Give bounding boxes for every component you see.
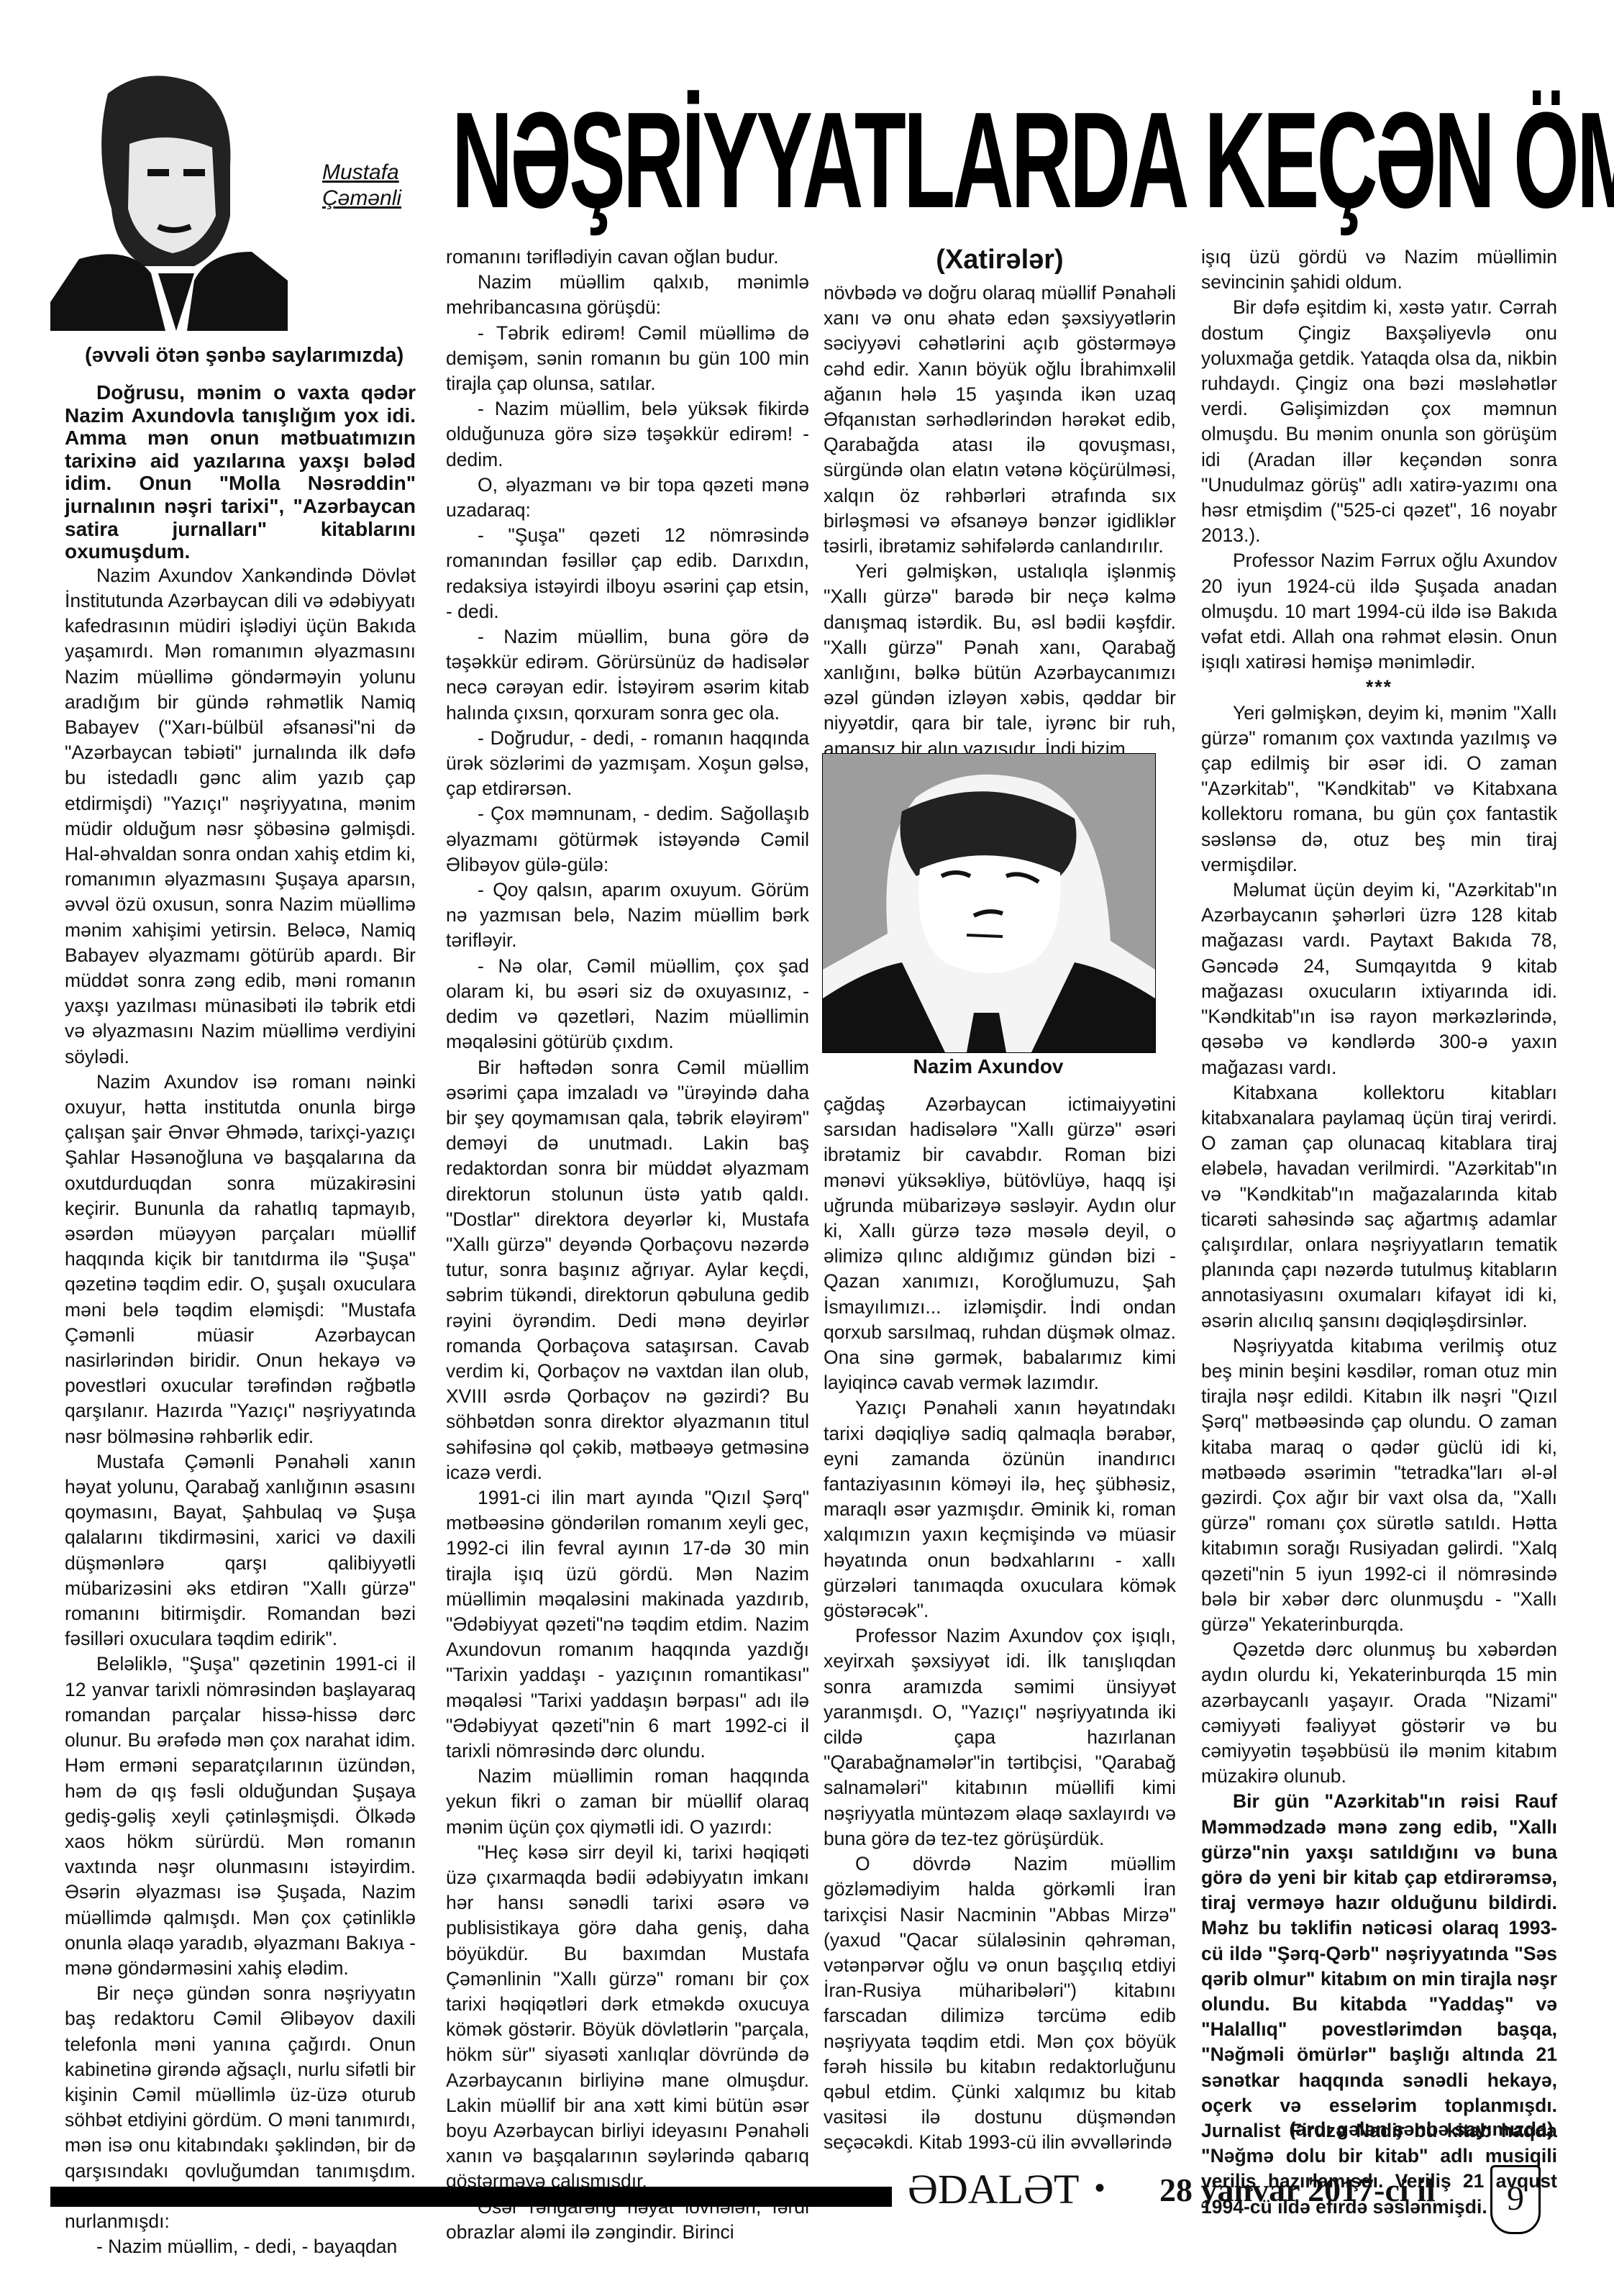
continued-to-note: (ardı gələn şənbə sayımızda): [1266, 2118, 1554, 2141]
page-number: 9: [1492, 2179, 1538, 2218]
author-last-name: Çəmənli: [322, 186, 416, 211]
newspaper-name: ƏDALƏT: [908, 2165, 1079, 2213]
footer-rule: [50, 2187, 892, 2207]
paragraph: Nəşriyyatda kitabıma verilmiş otuz beş m…: [1201, 1334, 1557, 1637]
author-portrait-icon: [50, 65, 288, 331]
paragraph: - Təbrik edirəm! Cəmil müəllimə də demiş…: [446, 321, 809, 397]
paragraph: romanını təriflədiyin cavan oğlan budur.: [446, 245, 809, 270]
bold-paragraph: Bir gün "Azərkitab"ın rəisi Rauf Məmmədz…: [1201, 1789, 1557, 2219]
article-subtitle: (Xatirələr): [820, 245, 1180, 275]
paragraph: - Nazim müəllim, belə yüksək fikirdə old…: [446, 396, 809, 473]
paragraph: Nazim müəllimin roman haqqında yekun fik…: [446, 1764, 809, 1840]
lead-paragraph: Doğrusu, mənim o vaxta qədər Nazim Axund…: [65, 381, 416, 563]
portrait-icon: [823, 754, 1155, 1052]
section-separator: ***: [1201, 675, 1557, 700]
paragraph: Professor Nazim Fərrux oğlu Axundov 20 i…: [1201, 548, 1557, 675]
paragraph: Nazim Axundov Xankəndində Dövlət İnstitu…: [65, 563, 416, 1070]
author-first-name: Mustafa: [322, 160, 416, 186]
column-3-top: növbədə və doğru olaraq müəllif Pənahəli…: [824, 281, 1176, 762]
paragraph: Yeri gəlmişkən, deyim ki, mənim "Xallı g…: [1201, 701, 1557, 878]
column-1: Doğrusu, mənim o vaxta qədər Nazim Axund…: [65, 381, 416, 2259]
column-4: işıq üzü gördü və Nazim müəllimin sevinc…: [1201, 245, 1557, 2220]
paragraph: "Heç kəsə sirr deyil ki, tarixi həqiqəti…: [446, 1840, 809, 2195]
paragraph: Beləliklə, "Şuşa" qəzetinin 1991-ci il 1…: [65, 1652, 416, 1981]
paragraph: Mustafa Çəmənli Pənahəli xanın həyat yol…: [65, 1449, 416, 1652]
paragraph: O, əlyazmanı və bir topa qəzeti mənə uza…: [446, 473, 809, 523]
paragraph: O dövrdə Nazim müəllim gözləmədiyim hald…: [824, 1851, 1176, 2155]
paragraph: 1991-ci ilin mart ayında "Qızıl Şərq" mə…: [446, 1485, 809, 1764]
column-2: romanını təriflədiyin cavan oğlan budur.…: [446, 245, 809, 2245]
paragraph: Nazim Axundov isə romanı nəinki oxuyur, …: [65, 1070, 416, 1449]
paragraph: Professor Nazim Axundov çox işıqlı, xeyi…: [824, 1623, 1176, 1851]
paragraph: Nazim müəllim qalxıb, mənimlə mehribanca…: [446, 270, 809, 320]
paragraph: Bir həftədən sonra Cəmil müəllim əsərimi…: [446, 1055, 809, 1485]
paragraph: - Nazim müəllim, buna görə də təşəkkür e…: [446, 624, 809, 726]
author-photo: [50, 65, 288, 331]
paragraph: - Doğrudur, - dedi, - romanın haqqında ü…: [446, 726, 809, 802]
paragraph: - Nazim müəllim, - dedi, - bayaqdan: [65, 2234, 416, 2259]
paragraph: - Qoy qalsın, aparım oxuyum. Görüm nə ya…: [446, 878, 809, 954]
article-headline: NƏŞRİYYATLARDA KEÇƏN ÖMRÜM: [452, 92, 1614, 229]
author-byline: Mustafa Çəmənli: [322, 160, 416, 211]
paragraph: Yazıçı Pənahəli xanın həyatındakı tarixi…: [824, 1395, 1176, 1623]
paragraph: Məlumat üçün deyim ki, "Azərkitab"ın Azə…: [1201, 878, 1557, 1080]
paragraph: - "Şuşa" qəzeti 12 nömrəsində romanından…: [446, 523, 809, 624]
paragraph: Bir dəfə eşitdim ki, xəstə yatır. Cərrah…: [1201, 295, 1557, 548]
continued-from-note: (əvvəli ötən şənbə saylarımızda): [85, 344, 403, 368]
paragraph: çağdaş Azərbaycan ictimaiyyətini sarsıda…: [824, 1092, 1176, 1395]
paragraph: növbədə və doğru olaraq müəllif Pənahəli…: [824, 281, 1176, 559]
paragraph: - Çox məmnunam, - dedim. Sağollaşıb əlya…: [446, 801, 809, 878]
paragraph: Yeri gəlmişkən, ustalıqla işlənmiş "Xall…: [824, 559, 1176, 762]
column-3-bottom: çağdaş Azərbaycan ictimaiyyətini sarsıda…: [824, 1092, 1176, 2156]
footer-bullet: •: [1095, 2172, 1105, 2205]
paragraph: Kitabxana kollektoru kitabları kitabxana…: [1201, 1080, 1557, 1334]
issue-date: 28 yanvar 2017-ci il: [1159, 2171, 1436, 2209]
paragraph: işıq üzü gördü və Nazim müəllimin sevinc…: [1201, 245, 1557, 295]
page-number-shield: 9: [1490, 2165, 1541, 2234]
paragraph: Qəzetdə dərc olunmuş bu xəbərdən aydın o…: [1201, 1637, 1557, 1789]
photo-caption: Nazim Axundov: [822, 1055, 1154, 1078]
paragraph: - Nə olar, Cəmil müəllim, çox şad olaram…: [446, 954, 809, 1055]
nazim-axundov-photo: [822, 753, 1156, 1053]
